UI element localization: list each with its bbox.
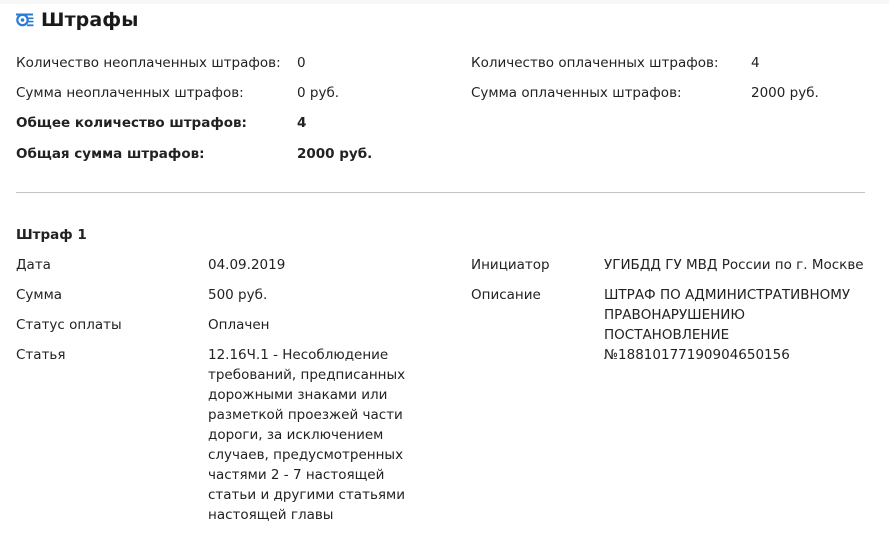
- article-line: статьи и другими статьями: [208, 485, 448, 505]
- article-line: требований, предписанных: [208, 365, 448, 385]
- unpaid-count-label: Количество неоплаченных штрафов:: [16, 54, 281, 72]
- article-line: дорожными знаками или: [208, 385, 448, 405]
- fine-initiator-label: Инициатор: [471, 256, 550, 274]
- page-header: Штрафы: [16, 6, 139, 34]
- article-line: разметкой проезжей части: [208, 405, 448, 425]
- paid-count-label: Количество оплаченных штрафов:: [471, 54, 719, 72]
- fine-date-value: 04.09.2019: [208, 256, 285, 274]
- fine-initiator-value: УГИБДД ГУ МВД России по г. Москве: [604, 256, 864, 274]
- article-line: случаев, предусмотренных: [208, 445, 448, 465]
- paid-count-value: 4: [751, 54, 760, 72]
- total-count-value: 4: [297, 114, 306, 132]
- description-line: ПРАВОНАРУШЕНИЮ: [604, 305, 884, 325]
- fine-sum-label: Сумма: [16, 286, 62, 304]
- unpaid-count-value: 0: [297, 54, 306, 72]
- total-sum-value: 2000 руб.: [297, 145, 372, 163]
- fine-article-value: 12.16Ч.1 - Несоблюдение требований, пред…: [208, 345, 448, 525]
- paid-sum-value: 2000 руб.: [751, 84, 819, 102]
- fine-description-value: ШТРАФ ПО АДМИНИСТРАТИВНОМУ ПРАВОНАРУШЕНИ…: [604, 285, 884, 365]
- total-sum-label: Общая сумма штрафов:: [16, 145, 205, 163]
- fine-sum-value: 500 руб.: [208, 286, 267, 304]
- total-count-label: Общее количество штрафов:: [16, 114, 247, 132]
- description-line: ШТРАФ ПО АДМИНИСТРАТИВНОМУ: [604, 285, 884, 305]
- section-divider: [16, 192, 865, 193]
- fine-status-value: Оплачен: [208, 316, 269, 334]
- fine-title: Штраф 1: [16, 226, 87, 244]
- page-title: Штрафы: [41, 9, 139, 31]
- top-strip: [0, 0, 889, 4]
- fine-status-label: Статус оплаты: [16, 316, 122, 334]
- fine-description-label: Описание: [471, 286, 541, 304]
- fine-article-label: Статья: [16, 346, 66, 364]
- article-line: настоящей главы: [208, 505, 448, 525]
- paid-sum-label: Сумма оплаченных штрафов:: [471, 84, 682, 102]
- unpaid-sum-label: Сумма неоплаченных штрафов:: [16, 84, 244, 102]
- article-line: дороги, за исключением: [208, 425, 448, 445]
- unpaid-sum-value: 0 руб.: [297, 84, 339, 102]
- fine-date-label: Дата: [16, 256, 51, 274]
- article-line: 12.16Ч.1 - Несоблюдение: [208, 345, 448, 365]
- description-line: ПОСТАНОВЛЕНИЕ: [604, 325, 884, 345]
- article-line: частями 2 - 7 настоящей: [208, 465, 448, 485]
- description-line: №18810177190904650156: [604, 345, 884, 365]
- camera-icon: [16, 13, 34, 27]
